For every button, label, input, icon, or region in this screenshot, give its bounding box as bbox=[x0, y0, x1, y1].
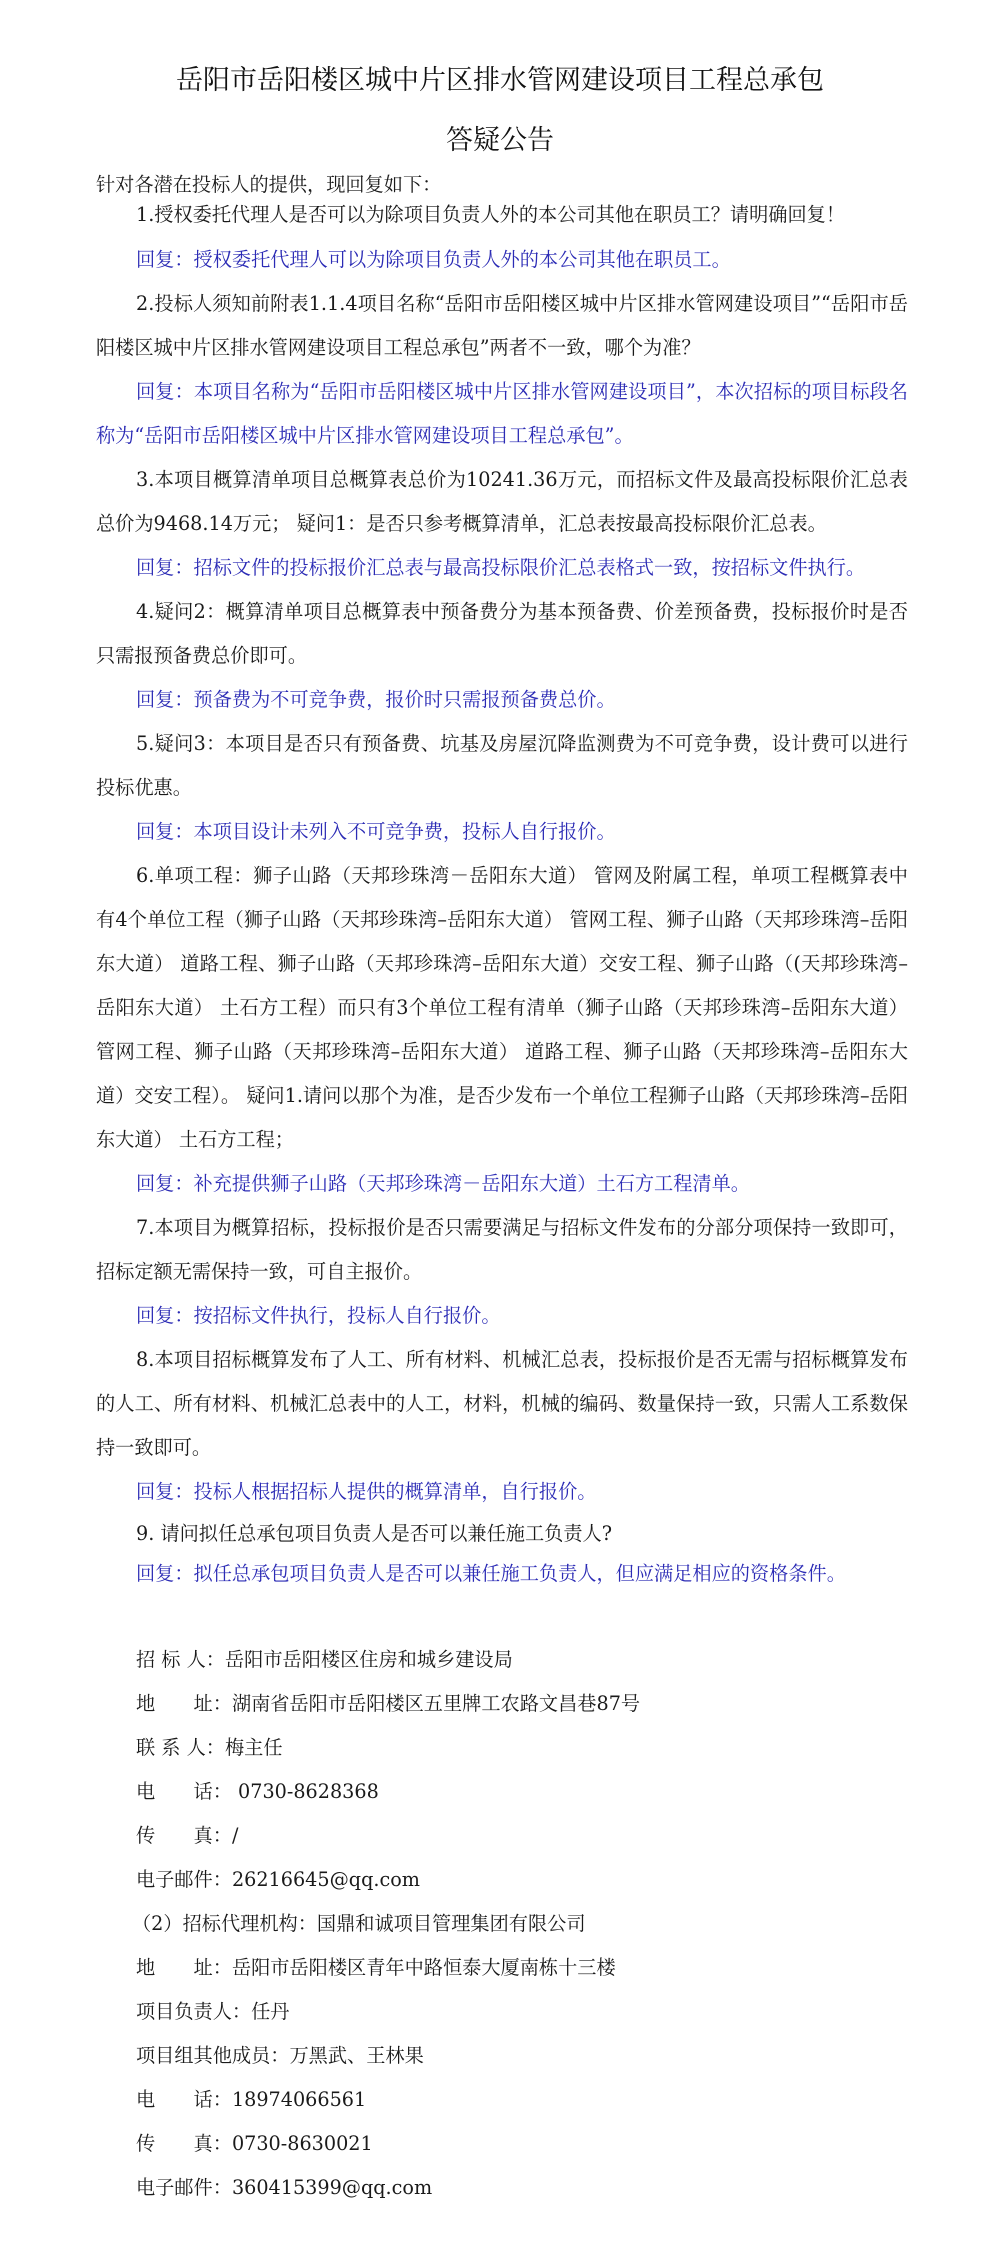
question-5: 5.疑问3：本项目是否只有预备费、坑基及房屋沉降监测费为不可竞争费，设计费可以进… bbox=[96, 722, 908, 810]
agency-fax-row: 传 真：0730-8630021 bbox=[136, 2122, 896, 2166]
agency-address-label: 地 址： bbox=[136, 1946, 232, 1990]
tenderer-fax-value: / bbox=[232, 1824, 238, 1847]
tenderer-name-label: 招 标 人： bbox=[136, 1638, 225, 1682]
agency-manager-value: 任丹 bbox=[251, 2000, 289, 2023]
question-3: 3.本项目概算清单项目总概算表总价为10241.36万元，而招标文件及最高投标限… bbox=[96, 458, 908, 546]
tenderer-phone-value: 0730-8628368 bbox=[232, 1780, 379, 1803]
tenderer-phone-row: 电 话： 0730-8628368 bbox=[136, 1770, 896, 1814]
tenderer-address-value: 湖南省岳阳市岳阳楼区五里牌工农路文昌巷87号 bbox=[232, 1692, 640, 1715]
tenderer-email-label: 电子邮件： bbox=[136, 1858, 232, 1902]
agency-members-label: 项目组其他成员： bbox=[136, 2034, 290, 2078]
agency-members-row: 项目组其他成员：万黑武、王林果 bbox=[136, 2034, 896, 2078]
question-8: 8.本项目招标概算发布了人工、所有材料、机械汇总表，投标报价是否无需与招标概算发… bbox=[96, 1338, 908, 1470]
agency-phone-label: 电 话： bbox=[136, 2078, 232, 2122]
tenderer-contact-label: 联 系 人： bbox=[136, 1726, 225, 1770]
tenderer-address-row: 地 址：湖南省岳阳市岳阳楼区五里牌工农路文昌巷87号 bbox=[136, 1682, 896, 1726]
agency-manager-label: 项目负责人： bbox=[136, 1990, 251, 2034]
tenderer-fax-row: 传 真：/ bbox=[136, 1814, 896, 1858]
reply-2: 回复：本项目名称为“岳阳市岳阳楼区城中片区排水管网建设项目”，本次招标的项目标段… bbox=[96, 370, 908, 458]
document-subtitle: 答疑公告 bbox=[0, 118, 1000, 157]
agency-phone-value: 18974066561 bbox=[232, 2088, 366, 2111]
tenderer-contact-row: 联 系 人：梅主任 bbox=[136, 1726, 896, 1770]
question-9: 9. 请问拟任总承包项目负责人是否可以兼任施工负责人? bbox=[96, 1514, 908, 1554]
tenderer-contact-value: 梅主任 bbox=[225, 1736, 283, 1759]
tenderer-phone-label: 电 话： bbox=[136, 1770, 232, 1814]
reply-5: 回复：本项目设计未列入不可竞争费，投标人自行报价。 bbox=[96, 810, 908, 854]
agency-email-value[interactable]: 360415399@qq.com bbox=[232, 2176, 432, 2199]
tenderer-address-label: 地 址： bbox=[136, 1682, 232, 1726]
reply-7: 回复：按招标文件执行，投标人自行报价。 bbox=[96, 1294, 908, 1338]
agency-manager-row: 项目负责人：任丹 bbox=[136, 1990, 896, 2034]
reply-9: 回复：拟任总承包项目负责人是否可以兼任施工负责人，但应满足相应的资格条件。 bbox=[96, 1554, 908, 1594]
agency-members-value: 万黑武、王林果 bbox=[290, 2044, 424, 2067]
agency-fax-label: 传 真： bbox=[136, 2122, 232, 2166]
question-1: 1.授权委托代理人是否可以为除项目负责人外的本公司其他在职员工？请明确回复！ bbox=[96, 200, 908, 230]
question-2: 2.投标人须知前附表1.1.4项目名称“岳阳市岳阳楼区城中片区排水管网建设项目”… bbox=[96, 282, 908, 370]
question-4: 4.疑问2：概算清单项目总概算表中预备费分为基本预备费、价差预备费，投标报价时是… bbox=[96, 590, 908, 678]
document-title: 岳阳市岳阳楼区城中片区排水管网建设项目工程总承包 bbox=[0, 58, 1000, 97]
tenderer-email-row: 电子邮件：26216645@qq.com bbox=[136, 1858, 896, 1902]
reply-3: 回复：招标文件的投标报价汇总表与最高投标限价汇总表格式一致，按招标文件执行。 bbox=[96, 546, 908, 590]
tenderer-email-value[interactable]: 26216645@qq.com bbox=[232, 1868, 420, 1891]
agency-address-value: 岳阳市岳阳楼区青年中路恒泰大厦南栋十三楼 bbox=[232, 1956, 616, 1979]
intro-text: 针对各潜在投标人的提供，现回复如下： bbox=[96, 170, 908, 200]
question-6: 6.单项工程：狮子山路（天邦珍珠湾－岳阳东大道） 管网及附属工程，单项工程概算表… bbox=[96, 854, 908, 1162]
tenderer-name-row: 招 标 人：岳阳市岳阳楼区住房和城乡建设局 bbox=[136, 1638, 896, 1682]
reply-8: 回复：投标人根据招标人提供的概算清单，自行报价。 bbox=[96, 1470, 908, 1514]
agency-address-row: 地 址：岳阳市岳阳楼区青年中路恒泰大厦南栋十三楼 bbox=[136, 1946, 896, 1990]
agency-fax-value: 0730-8630021 bbox=[232, 2132, 373, 2155]
question-7: 7.本项目为概算招标，投标报价是否只需要满足与招标文件发布的分部分项保持一致即可… bbox=[96, 1206, 908, 1294]
reply-4: 回复：预备费为不可竞争费，报价时只需报预备费总价。 bbox=[96, 678, 908, 722]
agency-heading: （2）招标代理机构：国鼎和诚项目管理集团有限公司 bbox=[132, 1902, 896, 1946]
tenderer-name-value: 岳阳市岳阳楼区住房和城乡建设局 bbox=[225, 1648, 513, 1671]
agency-phone-row: 电 话：18974066561 bbox=[136, 2078, 896, 2122]
reply-6: 回复：补充提供狮子山路（天邦珍珠湾－岳阳东大道）土石方工程清单。 bbox=[96, 1162, 908, 1206]
reply-1: 回复：授权委托代理人可以为除项目负责人外的本公司其他在职员工。 bbox=[96, 238, 908, 282]
agency-email-row: 电子邮件：360415399@qq.com bbox=[136, 2166, 896, 2210]
qa-section: 针对各潜在投标人的提供，现回复如下： 1.授权委托代理人是否可以为除项目负责人外… bbox=[96, 170, 908, 1594]
agency-email-label: 电子邮件： bbox=[136, 2166, 232, 2210]
tenderer-fax-label: 传 真： bbox=[136, 1814, 232, 1858]
contact-section: 招 标 人：岳阳市岳阳楼区住房和城乡建设局 地 址：湖南省岳阳市岳阳楼区五里牌工… bbox=[136, 1638, 896, 2210]
